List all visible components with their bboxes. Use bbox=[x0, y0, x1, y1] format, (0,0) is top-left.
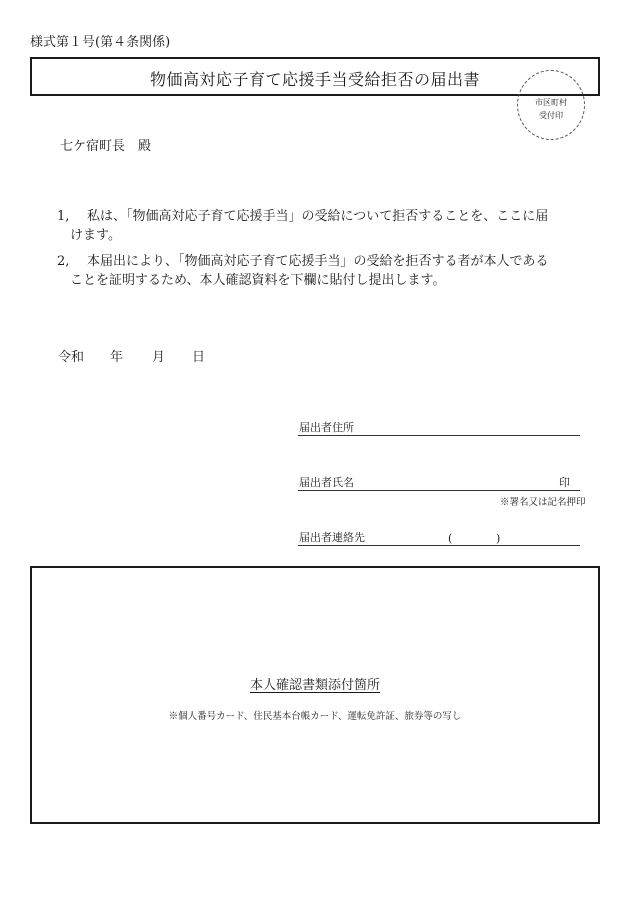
declaration-item-2: 2,本届出により、「物価高対応子育て応援手当」の受給を拒否する者が本人である こ… bbox=[57, 252, 587, 290]
applicant-address-field[interactable]: 届出者住所 bbox=[298, 419, 580, 436]
item-number: 1, bbox=[57, 207, 87, 226]
stamp-label-line1: 市区町村 bbox=[518, 97, 584, 109]
id-section-note: ※個人番号カード、住民基本台帳カード、運転免許証、旅券等の写し bbox=[32, 708, 598, 722]
seal-note: ※署名又は記名押印 bbox=[500, 494, 586, 508]
id-section-title-text: 本人確認書類添付箇所 bbox=[250, 678, 380, 693]
date-era: 令和 bbox=[58, 346, 110, 365]
item-text-line2: ことを証明するため、本人確認資料を下欄に貼付し提出します。 bbox=[57, 271, 587, 290]
id-section-title: 本人確認書類添付箇所 bbox=[32, 674, 598, 693]
date-month-label: 月 bbox=[152, 346, 192, 365]
seal-mark: 印 bbox=[559, 474, 570, 490]
applicant-contact-label: 届出者連絡先 bbox=[299, 529, 365, 545]
item-text-line1: 本届出により、「物価高対応子育て応援手当」の受給を拒否する者が本人である bbox=[87, 254, 549, 269]
id-document-attachment-area: 本人確認書類添付箇所 ※個人番号カード、住民基本台帳カード、運転免許証、旅券等の… bbox=[30, 566, 600, 824]
declaration-item-1: 1,私は、「物価高対応子育て応援手当」の受給について拒否することを、ここに届 け… bbox=[57, 207, 587, 245]
title-box: 物価高対応子育て応援手当受給拒否の届出書 bbox=[30, 57, 600, 96]
area-code-paren-open: ( bbox=[448, 532, 452, 545]
addressee: 七ケ宿町長 殿 bbox=[60, 135, 151, 154]
item-text-line2: けます。 bbox=[57, 226, 587, 245]
date-year-label: 年 bbox=[110, 346, 152, 365]
date-field[interactable]: 令和年月日 bbox=[58, 346, 205, 365]
document-title: 物価高対応子育て応援手当受給拒否の届出書 bbox=[32, 67, 598, 90]
reception-stamp-area: 市区町村 受付印 bbox=[517, 70, 585, 140]
item-text-line1: 私は、「物価高対応子育て応援手当」の受給について拒否することを、ここに届 bbox=[87, 209, 548, 224]
date-day-label: 日 bbox=[192, 346, 205, 365]
area-code-paren-close: ) bbox=[496, 532, 500, 545]
applicant-contact-field[interactable]: 届出者連絡先 ( ) bbox=[298, 529, 580, 546]
item-number: 2, bbox=[57, 252, 87, 271]
applicant-name-field[interactable]: 届出者氏名 印 bbox=[298, 474, 580, 491]
stamp-label-line2: 受付印 bbox=[518, 110, 584, 122]
form-number: 様式第１号(第４条関係) bbox=[30, 31, 170, 50]
applicant-name-label: 届出者氏名 bbox=[299, 474, 354, 490]
applicant-address-label: 届出者住所 bbox=[299, 419, 354, 435]
